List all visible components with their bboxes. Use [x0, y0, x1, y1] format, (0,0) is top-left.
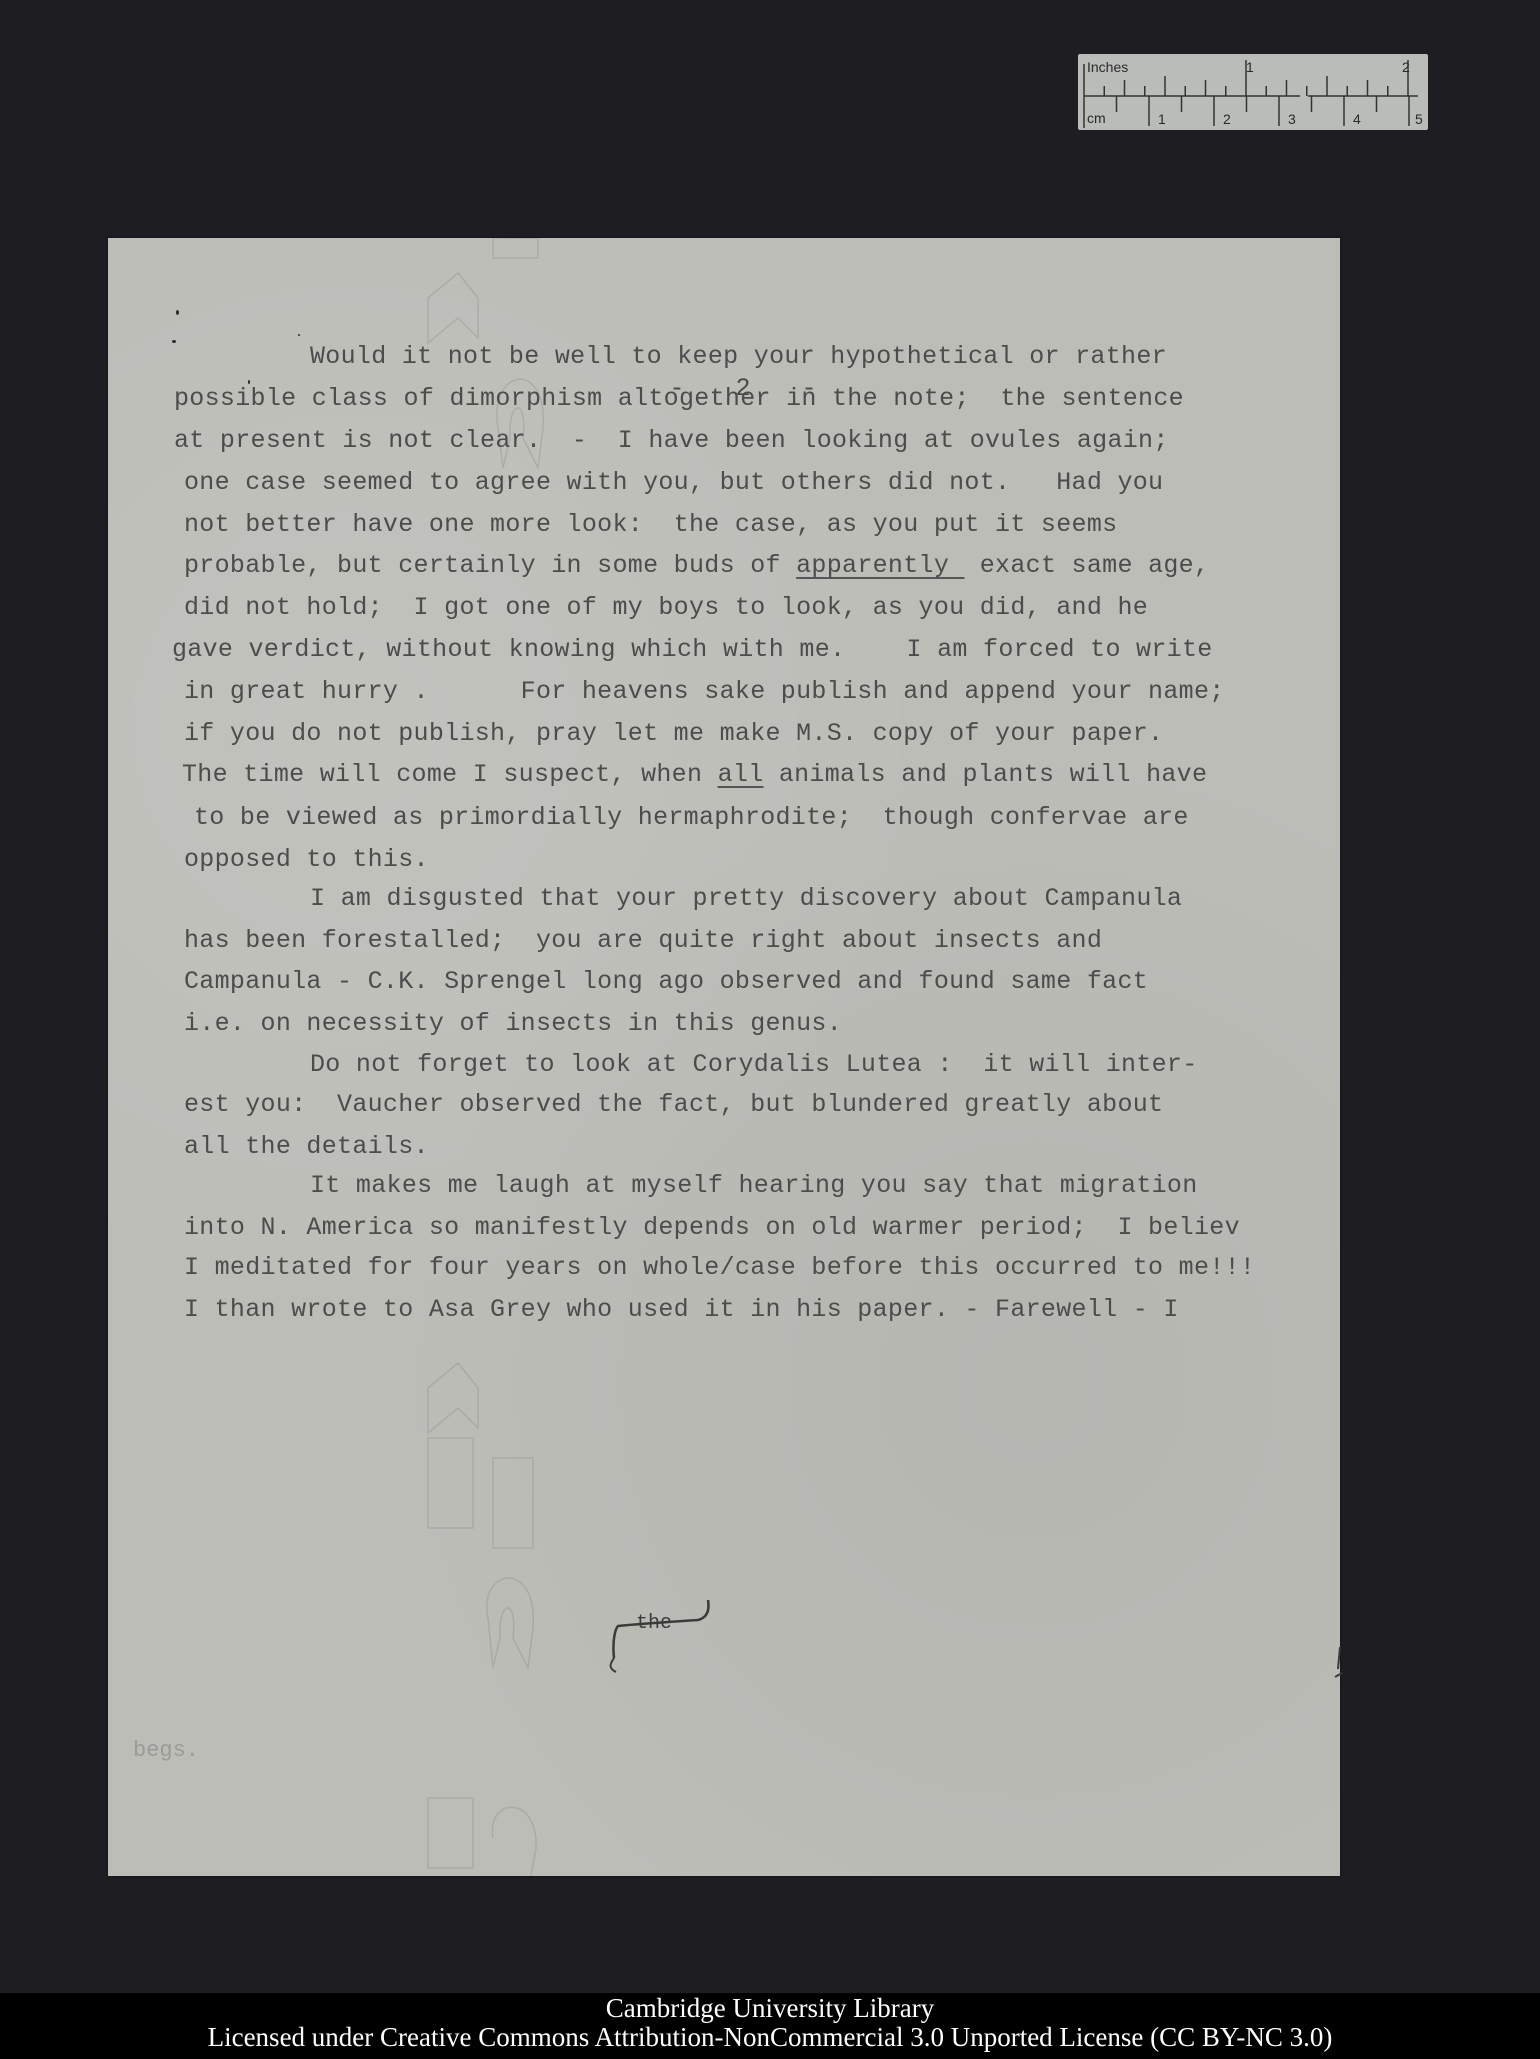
ruler-cm-mark: 5: [1415, 111, 1423, 127]
ruler-cm-label: cm: [1087, 110, 1106, 126]
typed-line: to be viewed as primordially hermaphrodi…: [194, 803, 1189, 832]
license-credit: Licensed under Creative Commons Attribut…: [0, 2022, 1540, 2053]
typed-letter-page: - 2 - Would it not be well to keep your …: [108, 238, 1340, 1876]
typed-line: The time will come I suspect, when all a…: [182, 760, 1207, 789]
ink-speck: [176, 310, 179, 315]
typed-line: i.e. on necessity of insects in this gen…: [184, 1009, 842, 1038]
ruler-inch-mark: 1: [1246, 59, 1254, 75]
typed-line: probable, but certainly in some buds of …: [184, 551, 1209, 580]
institution-credit: Cambridge University Library: [0, 1993, 1540, 2024]
typed-line: I meditated for four years on whole/case…: [184, 1253, 1255, 1282]
typed-line: into N. America so manifestly depends on…: [184, 1213, 1240, 1242]
typed-line: opposed to this.: [184, 845, 429, 874]
ruler-cm-mark: 3: [1288, 111, 1296, 127]
typed-line: Campanula - C.K. Sprengel long ago obser…: [184, 967, 1148, 996]
handwritten-mark: [1330, 1643, 1350, 1683]
typed-line: est you: Vaucher observed the fact, but …: [184, 1090, 1163, 1119]
typed-line: Do not forget to look at Corydalis Lutea…: [310, 1050, 1198, 1079]
ink-speck: [298, 334, 300, 336]
insertion-caret-mark: [588, 1598, 728, 1678]
underlined-word: apparently: [796, 551, 964, 580]
typed-line: I am disgusted that your pretty discover…: [310, 884, 1182, 913]
typed-line: gave verdict, without knowing which with…: [172, 635, 1213, 664]
typed-line: possible class of dimorphism altogether …: [174, 384, 1184, 413]
typed-line: if you do not publish, pray let me make …: [184, 719, 1163, 748]
underlined-word: all: [718, 760, 764, 789]
ruler-inch-mark: 2: [1402, 59, 1410, 75]
typed-text: The time will come I suspect, when: [182, 760, 718, 789]
ruler-inches-label: Inches: [1087, 59, 1128, 75]
typed-line: all the details.: [184, 1132, 429, 1161]
typed-text: exact same age,: [964, 551, 1209, 580]
ruler-cm-mark: 2: [1223, 111, 1231, 127]
typed-line: Would it not be well to keep your hypoth…: [310, 342, 1167, 371]
faint-continuation-text: begs.: [133, 1738, 199, 1763]
typed-line: not better have one more look: the case,…: [184, 510, 1117, 539]
typed-line: at present is not clear. - I have been l…: [174, 426, 1169, 455]
ruler-cm-mark: 1: [1158, 111, 1166, 127]
typed-line: It makes me laugh at myself hearing you …: [310, 1171, 1198, 1200]
typed-line: did not hold; I got one of my boys to lo…: [184, 593, 1148, 622]
ruler-cm-mark: 4: [1353, 111, 1361, 127]
typed-text: probable, but certainly in some buds of: [184, 551, 796, 580]
typed-line: in great hurry . For heavens sake publis…: [184, 677, 1225, 706]
credits-footer: Cambridge University Library Licensed un…: [0, 1993, 1540, 2059]
typed-line: I than wrote to Asa Grey who used it in …: [184, 1295, 1179, 1324]
ink-speck: [172, 340, 176, 343]
scale-ruler: Inches cm 1 2 1 2 3 4 5: [1078, 54, 1428, 130]
typed-text: animals and plants will have: [764, 760, 1208, 789]
typed-line: one case seemed to agree with you, but o…: [184, 468, 1163, 497]
typed-line: has been forestalled; you are quite righ…: [184, 926, 1102, 955]
